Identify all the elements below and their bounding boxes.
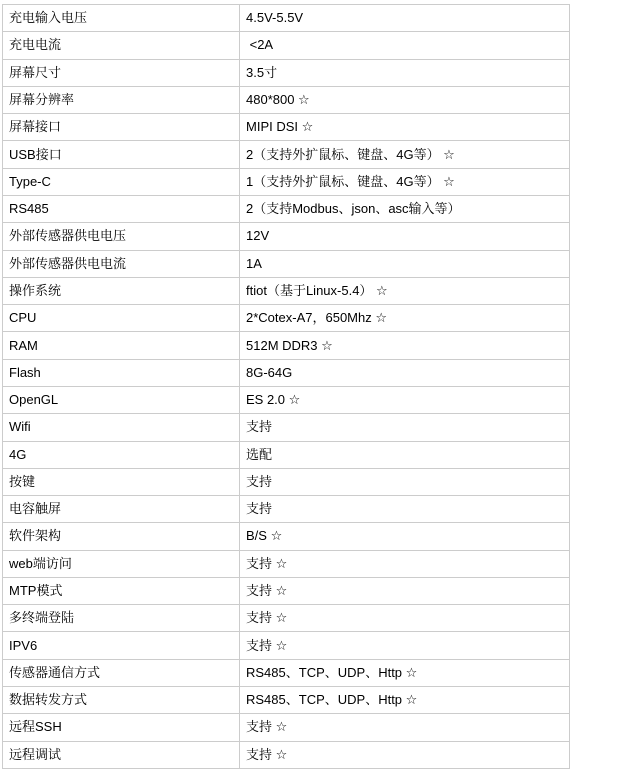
spec-value: 支持 ☆ xyxy=(240,741,570,768)
spec-label: 多终端登陆 xyxy=(3,605,240,632)
spec-value: B/S ☆ xyxy=(240,523,570,550)
spec-value: ftiot（基于Linux-5.4） ☆ xyxy=(240,277,570,304)
spec-value: 支持 ☆ xyxy=(240,714,570,741)
spec-label: RAM xyxy=(3,332,240,359)
table-row: 屏幕接口 MIPI DSI ☆ xyxy=(3,114,570,141)
spec-label: 屏幕分辨率 xyxy=(3,86,240,113)
spec-value: 2*Cotex-A7，650Mhz ☆ xyxy=(240,305,570,332)
table-row: 数据转发方式 RS485、TCP、UDP、Http ☆ xyxy=(3,687,570,714)
table-row: 电容触屏 支持 xyxy=(3,496,570,523)
table-row: 外部传感器供电电流 1A xyxy=(3,250,570,277)
table-row: 充电电流 <2A xyxy=(3,32,570,59)
table-row: 外部传感器供电电压 12V xyxy=(3,223,570,250)
spec-value: 支持 xyxy=(240,414,570,441)
spec-label: IPV6 xyxy=(3,632,240,659)
spec-label: 软件架构 xyxy=(3,523,240,550)
spec-label: 数据转发方式 xyxy=(3,687,240,714)
table-row: IPV6 支持 ☆ xyxy=(3,632,570,659)
spec-value: RS485、TCP、UDP、Http ☆ xyxy=(240,687,570,714)
spec-value: 1（支持外扩鼠标、键盘、4G等） ☆ xyxy=(240,168,570,195)
table-row: web端访问 支持 ☆ xyxy=(3,550,570,577)
spec-value: 支持 ☆ xyxy=(240,550,570,577)
table-row: RS485 2（支持Modbus、json、asc输入等） xyxy=(3,195,570,222)
table-row: 软件架构 B/S ☆ xyxy=(3,523,570,550)
spec-value: RS485、TCP、UDP、Http ☆ xyxy=(240,659,570,686)
spec-label: 4G xyxy=(3,441,240,468)
spec-sheet: 充电输入电压 4.5V-5.5V 充电电流 <2A 屏幕尺寸 3.5寸 屏幕分辨… xyxy=(2,4,570,769)
spec-value: 支持 xyxy=(240,468,570,495)
spec-label: 按键 xyxy=(3,468,240,495)
spec-value: ES 2.0 ☆ xyxy=(240,386,570,413)
table-row: OpenGL ES 2.0 ☆ xyxy=(3,386,570,413)
spec-value: 支持 ☆ xyxy=(240,577,570,604)
spec-label: 远程SSH xyxy=(3,714,240,741)
table-row: CPU 2*Cotex-A7，650Mhz ☆ xyxy=(3,305,570,332)
table-row: 充电输入电压 4.5V-5.5V xyxy=(3,5,570,32)
spec-label: 屏幕尺寸 xyxy=(3,59,240,86)
spec-label: USB接口 xyxy=(3,141,240,168)
table-row: Flash 8G-64G xyxy=(3,359,570,386)
table-row: Type-C 1（支持外扩鼠标、键盘、4G等） ☆ xyxy=(3,168,570,195)
spec-label: 充电电流 xyxy=(3,32,240,59)
spec-label: 充电输入电压 xyxy=(3,5,240,32)
spec-value: 480*800 ☆ xyxy=(240,86,570,113)
spec-table: 充电输入电压 4.5V-5.5V 充电电流 <2A 屏幕尺寸 3.5寸 屏幕分辨… xyxy=(2,4,570,769)
table-row: 远程SSH 支持 ☆ xyxy=(3,714,570,741)
spec-value: MIPI DSI ☆ xyxy=(240,114,570,141)
spec-value: 支持 xyxy=(240,496,570,523)
table-row: RAM 512M DDR3 ☆ xyxy=(3,332,570,359)
spec-label: RS485 xyxy=(3,195,240,222)
spec-value: 8G-64G xyxy=(240,359,570,386)
table-row: 操作系统 ftiot（基于Linux-5.4） ☆ xyxy=(3,277,570,304)
spec-label: Flash xyxy=(3,359,240,386)
table-row: 4G 选配 xyxy=(3,441,570,468)
spec-label: 外部传感器供电电流 xyxy=(3,250,240,277)
spec-value: 支持 ☆ xyxy=(240,632,570,659)
spec-label: Type-C xyxy=(3,168,240,195)
spec-label: web端访问 xyxy=(3,550,240,577)
spec-label: 外部传感器供电电压 xyxy=(3,223,240,250)
table-row: Wifi 支持 xyxy=(3,414,570,441)
spec-label: 屏幕接口 xyxy=(3,114,240,141)
spec-value: <2A xyxy=(240,32,570,59)
table-row: 屏幕尺寸 3.5寸 xyxy=(3,59,570,86)
spec-value: 3.5寸 xyxy=(240,59,570,86)
spec-table-body: 充电输入电压 4.5V-5.5V 充电电流 <2A 屏幕尺寸 3.5寸 屏幕分辨… xyxy=(3,5,570,769)
spec-label: 远程调试 xyxy=(3,741,240,768)
spec-label: Wifi xyxy=(3,414,240,441)
table-row: 按键 支持 xyxy=(3,468,570,495)
spec-value: 2（支持Modbus、json、asc输入等） xyxy=(240,195,570,222)
table-row: USB接口 2（支持外扩鼠标、键盘、4G等） ☆ xyxy=(3,141,570,168)
spec-value: 12V xyxy=(240,223,570,250)
spec-value: 4.5V-5.5V xyxy=(240,5,570,32)
spec-label: 电容触屏 xyxy=(3,496,240,523)
spec-value: 2（支持外扩鼠标、键盘、4G等） ☆ xyxy=(240,141,570,168)
spec-label: MTP模式 xyxy=(3,577,240,604)
spec-value: 1A xyxy=(240,250,570,277)
spec-label: OpenGL xyxy=(3,386,240,413)
table-row: 远程调试 支持 ☆ xyxy=(3,741,570,768)
spec-value: 512M DDR3 ☆ xyxy=(240,332,570,359)
table-row: 传感器通信方式 RS485、TCP、UDP、Http ☆ xyxy=(3,659,570,686)
spec-label: CPU xyxy=(3,305,240,332)
spec-value: 选配 xyxy=(240,441,570,468)
table-row: 屏幕分辨率 480*800 ☆ xyxy=(3,86,570,113)
spec-label: 操作系统 xyxy=(3,277,240,304)
table-row: 多终端登陆 支持 ☆ xyxy=(3,605,570,632)
spec-value: 支持 ☆ xyxy=(240,605,570,632)
table-row: MTP模式 支持 ☆ xyxy=(3,577,570,604)
spec-label: 传感器通信方式 xyxy=(3,659,240,686)
